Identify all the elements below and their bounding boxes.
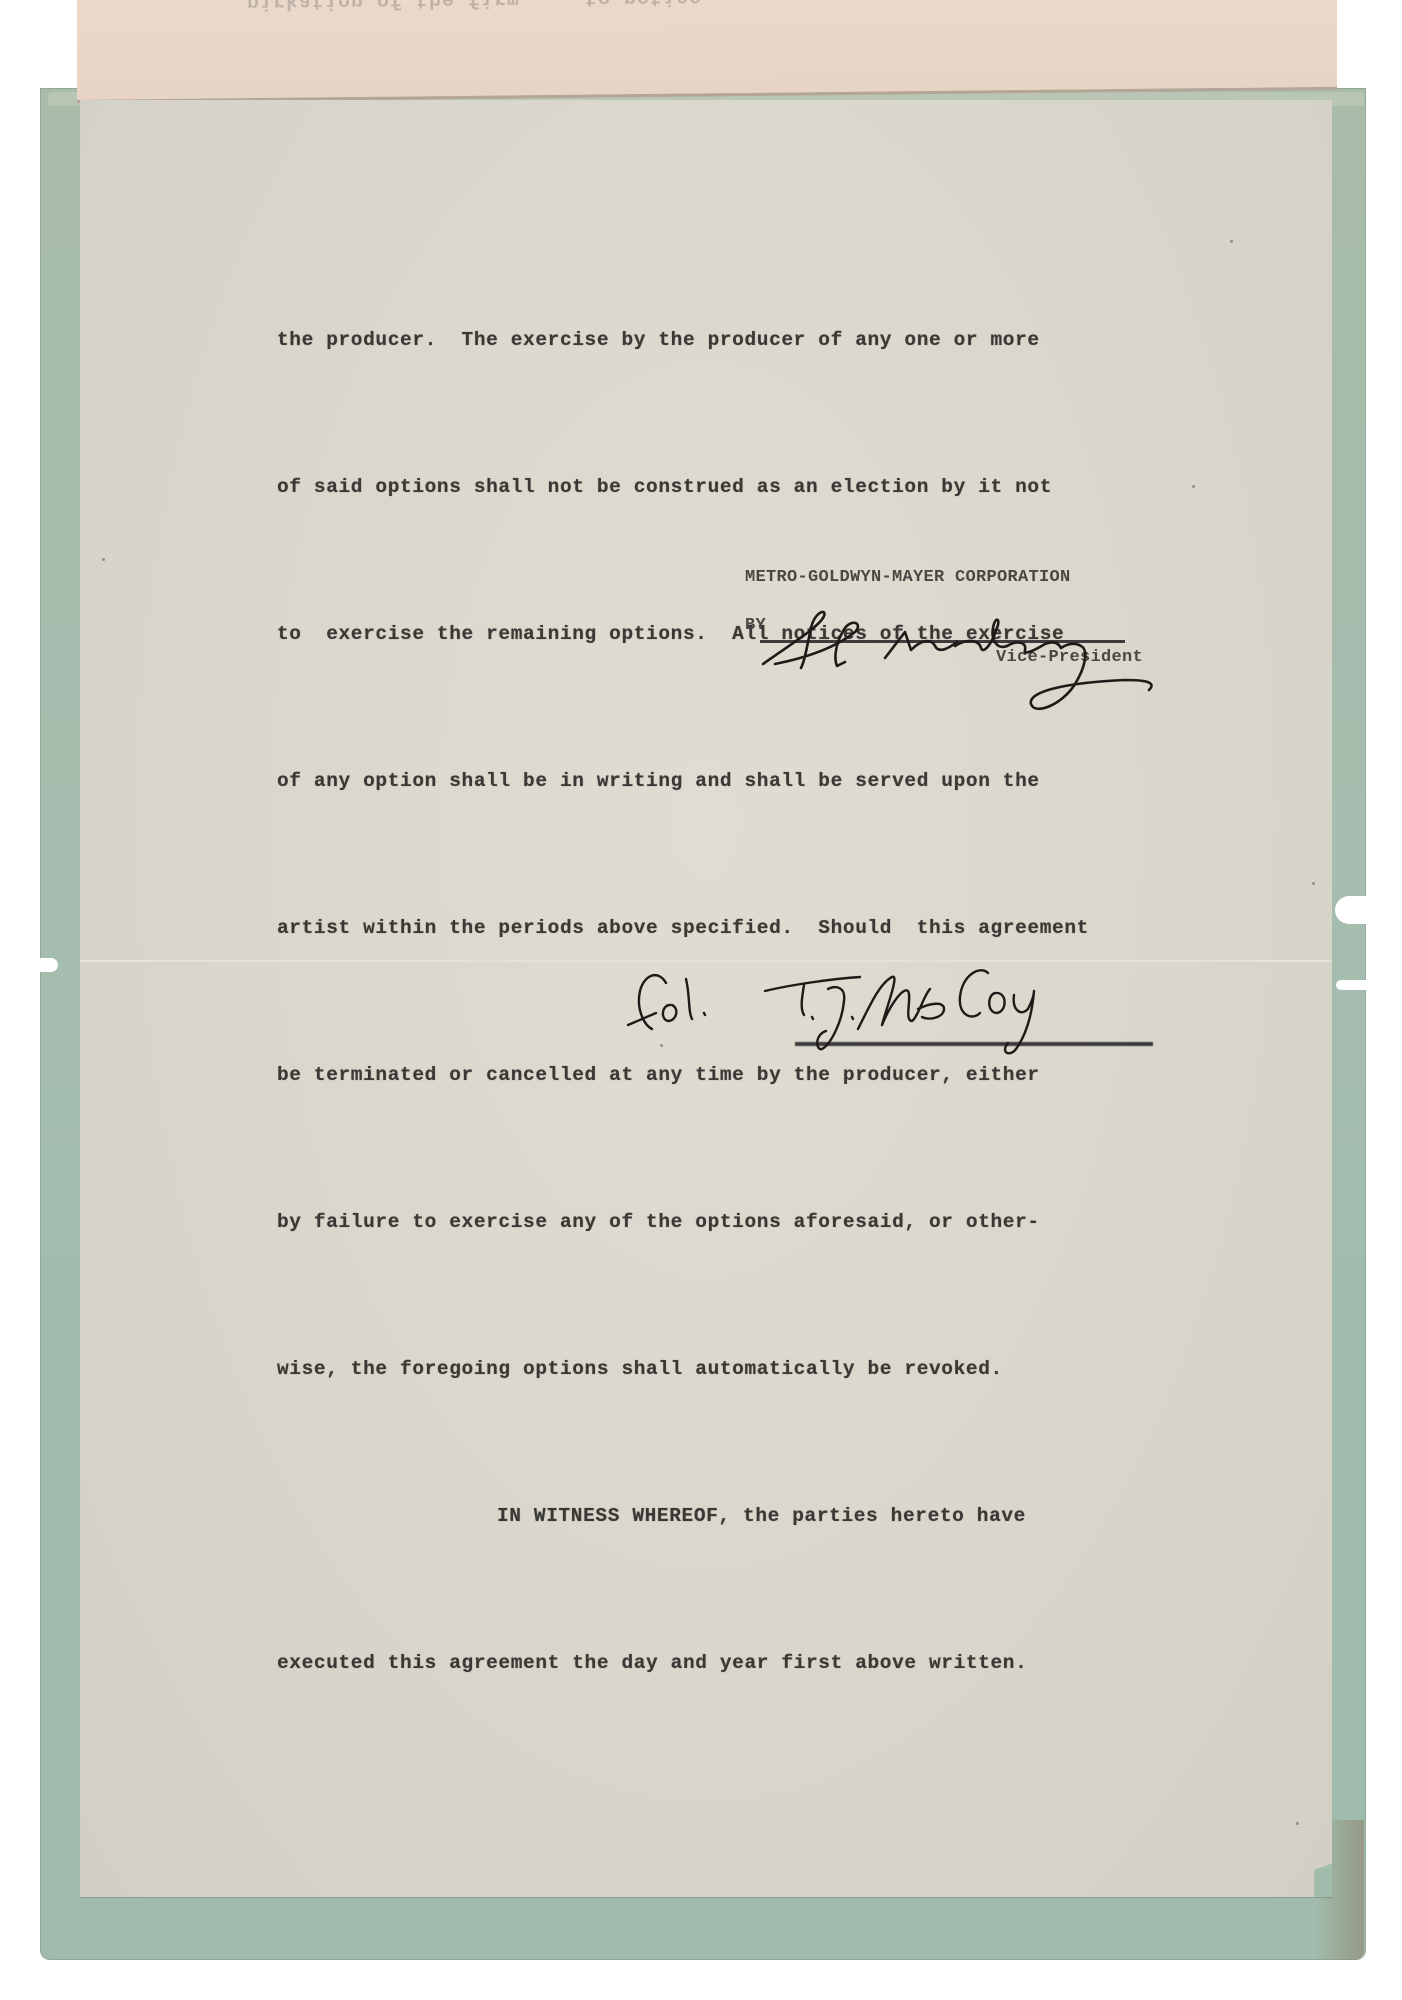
body-line: by failure to exercise any of the option… [277,1198,1089,1247]
top-sheet-flap: pirkation of the firm ... to notice [77,0,1337,103]
page-corner [1314,1837,1332,1897]
edge-notch [36,958,58,972]
artist-signature-icon [600,925,1320,1075]
edge-notch [1335,896,1375,924]
bleedthrough-text: pirkation of the firm ... to notice [247,0,702,13]
body-line: of said options shall not be construed a… [277,463,1089,512]
paper-speck [1230,240,1233,243]
paper-speck [1192,485,1195,488]
body-line: of any option shall be in writing and sh… [277,757,1089,806]
paper-speck [1312,882,1315,885]
paper-speck [660,1044,663,1047]
paper-speck [1296,1822,1299,1825]
edge-notch [1336,980,1376,990]
witness-clause-line: executed this agreement the day and year… [277,1639,1089,1688]
paper-speck [102,558,105,561]
company-name: METRO-GOLDWYN-MAYER CORPORATION [745,568,1071,587]
body-line: wise, the foregoing options shall automa… [277,1345,1089,1394]
body-line: the producer. The exercise by the produc… [277,316,1089,365]
company-signature-icon [745,588,1205,718]
document-page: the producer. The exercise by the produc… [80,100,1332,1897]
artist-signature-block [600,925,1320,1075]
witness-clause-line: IN WITNESS WHEREOF, the parties hereto h… [277,1492,1089,1541]
